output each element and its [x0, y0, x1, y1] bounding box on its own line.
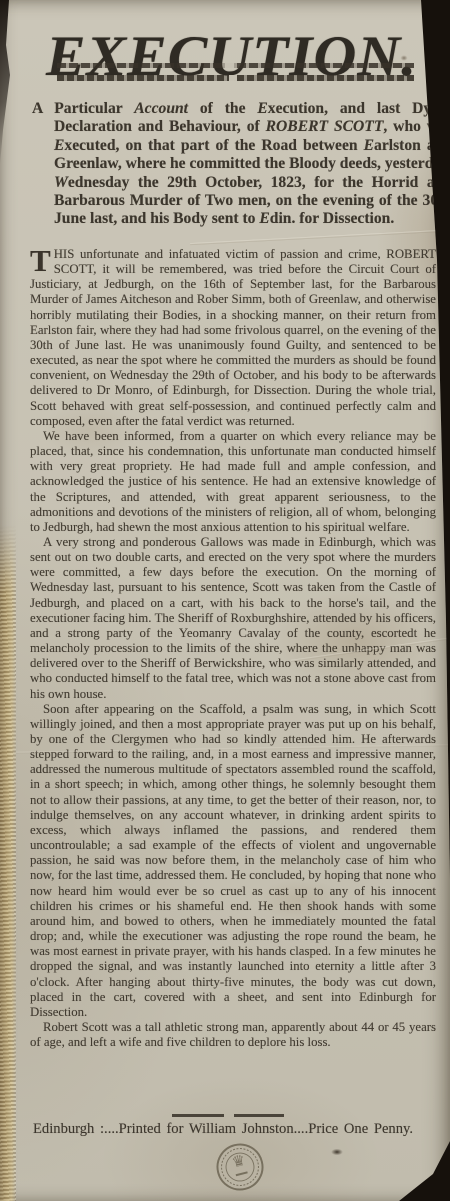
subtitle-segment: E: [364, 137, 374, 154]
subtitle-segment: E: [259, 210, 269, 227]
subtitle-segment: Account: [134, 100, 188, 117]
subtitle-segment: din. for Dissection.: [270, 210, 394, 227]
subtitle-segment: , who was: [383, 118, 450, 135]
paragraph: Soon after appearing on the Scaffold, a …: [30, 702, 436, 1020]
paper-crease: [190, 229, 450, 245]
subtitle-segment: W: [54, 174, 68, 191]
subtitle: A Particular Account of the Execution, a…: [32, 100, 450, 229]
paragraph: THIS unfortunate and infatuated victim o…: [30, 247, 436, 429]
drop-cap: T: [30, 247, 54, 274]
subtitle-segment: ROBERT SCOTT: [266, 118, 384, 135]
paragraph: Robert Scott was a tall athletic strong …: [30, 1020, 436, 1050]
paragraph: We have been informed, from a quarter on…: [30, 429, 436, 535]
broadside-page: EXECUTION. A Particular Account of the E…: [0, 0, 450, 1201]
scan-corner-shadow: [0, 0, 14, 170]
paragraph: A very strong and ponderous Gallows was …: [30, 535, 436, 702]
library-stamp-icon: ♛: [207, 1134, 272, 1199]
decorative-rule-bottom: [57, 75, 414, 81]
subtitle-segment: xecuted, on that part of the Road betwee…: [64, 137, 363, 154]
book-spine-edge: [0, 525, 16, 1201]
article-body: THIS unfortunate and infatuated victim o…: [30, 247, 436, 1050]
end-rule: [172, 1114, 284, 1117]
subtitle-segment: of the: [188, 100, 257, 117]
decorative-rule-top: [57, 63, 414, 68]
subtitle-segment: E: [257, 100, 267, 117]
subtitle-segment: A Particular: [32, 100, 134, 117]
subtitle-segment: E: [54, 137, 64, 154]
imprint-line: Edinburgh :....Printed for William Johns…: [33, 1121, 433, 1138]
